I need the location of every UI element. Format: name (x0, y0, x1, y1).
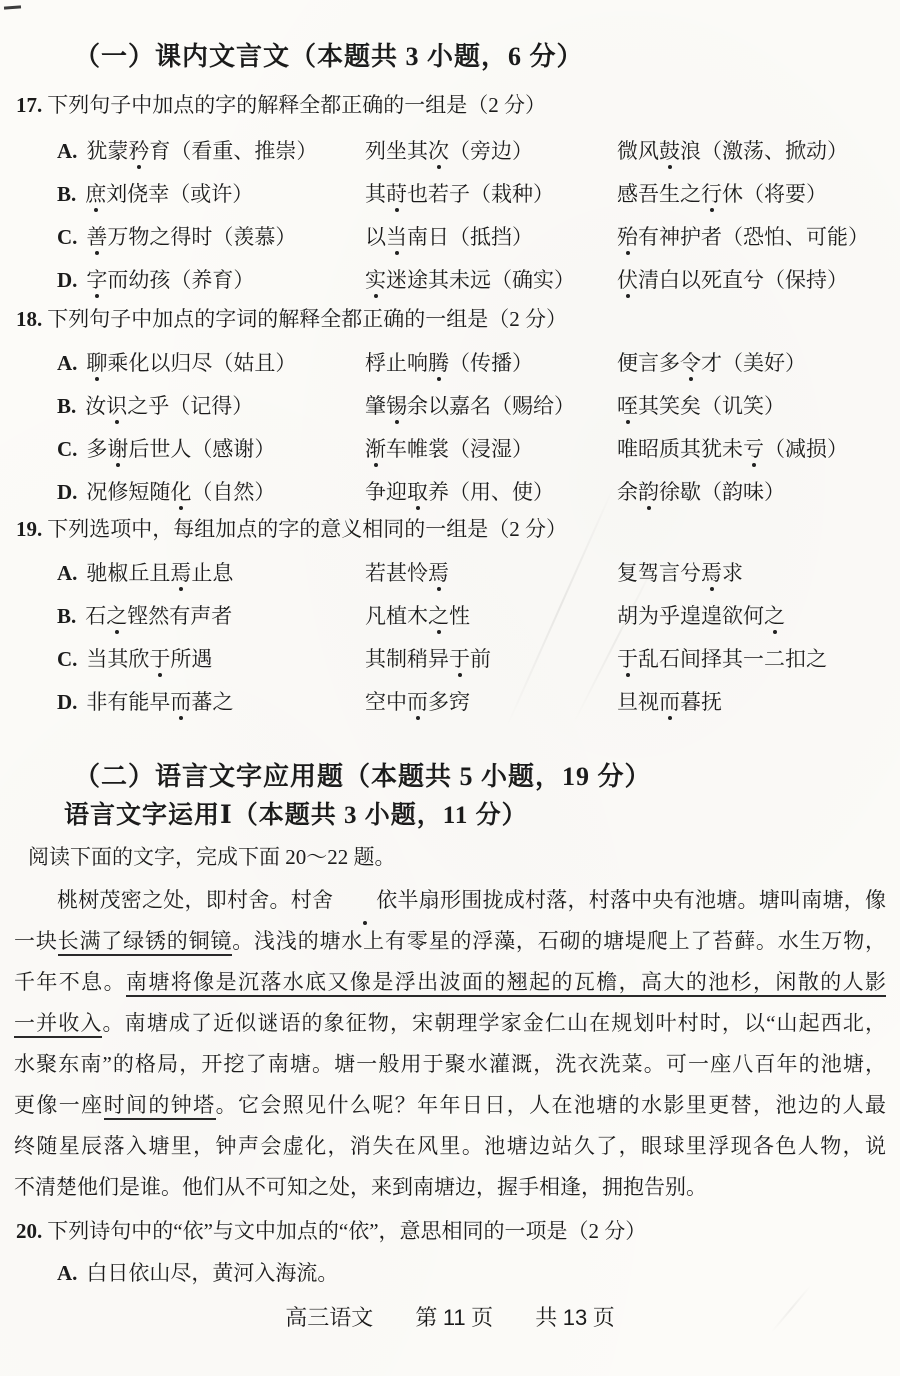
option-cell: 唯昭质其犹未亏（减损） (617, 433, 900, 463)
option-cell: C.善万物之得时（羡慕） (57, 221, 365, 251)
option-cell: 伏清白以死直兮（保持） (617, 264, 900, 294)
emphasis-dot-char: 殆 (617, 221, 638, 251)
option-cell: A.驰椒丘且焉止息 (57, 557, 365, 587)
section1-title: （一）课内文言文（本题共 3 小题，6 分） (74, 40, 900, 74)
option-cell: 余韵徐歇（韵味） (617, 476, 900, 506)
footer-total-prefix: 共 (535, 1305, 557, 1330)
option-row: A.驰椒丘且焉止息若甚怜焉复驾言兮焉求 (57, 550, 900, 593)
option-cell: 便言多令才（美好） (617, 347, 900, 377)
q19-stem-text: 下列选项中，每组加点的字的意义相同的一组是（2 分） (47, 517, 567, 541)
section2-subtitle: 语言文字运用Ⅰ（本题共 3 小题，11 分） (64, 800, 900, 832)
option-row: D.字而幼孩（养育）实迷途其未远（确实）伏清白以死直兮（保持） (57, 257, 900, 300)
option-cell: 凡植木之性 (365, 600, 617, 630)
underlined-text: 时间的钟塔 (104, 1093, 216, 1120)
q20-option-a: A.白日依山尽，黄河入海流。 (57, 1258, 900, 1288)
option-cell: 渐车帷裳（浸湿） (365, 433, 617, 463)
emphasis-dot-char: 善 (86, 221, 107, 251)
emphasis-dot-char: 腾 (428, 347, 449, 377)
emphasis-dot-char: 当 (386, 221, 407, 251)
emphasis-dot-char: 而 (659, 686, 680, 716)
option-row: D.况修短随化（自然）争迎取养（用、使）余韵徐歇（韵味） (57, 469, 900, 512)
passage-intro: 阅读下面的文字，完成下面 20～22 题。 (28, 842, 900, 872)
emphasis-dot-char: 亏 (743, 433, 764, 463)
option-cell: 微风鼓浪（激荡、掀动） (617, 135, 900, 165)
emphasis-dot-char: 咥 (617, 390, 638, 420)
passage-line: 水聚东南”的格局，开挖了南塘。塘一般用于聚水灌溉，洗衣洗菜。可一座八百年的池塘， (14, 1044, 886, 1085)
option-row: B.石之铿然有声者凡植木之性胡为乎遑遑欲何之 (57, 593, 900, 636)
emphasis-dot-char: 依 (333, 880, 397, 921)
option-cell: 桴止响腾（传播） (365, 347, 617, 377)
option-cell: 于乱石间择其一二扣之 (617, 643, 900, 673)
passage-line: 终随星辰落入塘里，钟声会虚化，消失在风里。池塘边站久了，眼球里浮现各色人物，说 (14, 1126, 886, 1167)
emphasis-dot-char: 鼓 (659, 135, 680, 165)
option-cell: 列坐其次（旁边） (365, 135, 617, 165)
footer-page-num: 11 (443, 1305, 466, 1330)
option-label: A. (57, 351, 77, 375)
option-label: C. (57, 647, 77, 671)
q17-number: 17. (16, 93, 42, 117)
emphasis-dot-char: 于 (149, 643, 170, 673)
emphasis-dot-char: 实 (365, 264, 386, 294)
emphasis-dot-char: 焉 (170, 557, 191, 587)
option-label: D. (57, 268, 77, 292)
emphasis-dot-char: 渐 (365, 433, 386, 463)
footer-total-num: 13 (563, 1305, 587, 1330)
q17-stem-text: 下列句子中加点的字的解释全都正确的一组是（2 分） (47, 93, 546, 117)
option-label: B. (57, 182, 76, 206)
option-cell: B.石之铿然有声者 (57, 600, 365, 630)
emphasis-dot-char: 令 (680, 347, 701, 377)
passage-line: 不清楚他们是谁。他们从不可知之处，来到南塘边，握手相逢，拥抱告别。 (14, 1167, 886, 1208)
option-row: C.多谢后世人（感谢）渐车帷裳（浸湿）唯昭质其犹未亏（减损） (57, 426, 900, 469)
footer-page-suffix: 页 (471, 1305, 493, 1330)
emphasis-dot-char: 矜 (128, 135, 149, 165)
q17-options: A.犹蒙矜育（看重、推崇）列坐其次（旁边）微风鼓浪（激荡、掀动）B.庶刘侥幸（或… (57, 128, 900, 300)
emphasis-dot-char: 焉 (428, 557, 449, 587)
emphasis-dot-char: 于 (449, 643, 470, 673)
option-cell: D.字而幼孩（养育） (57, 264, 365, 294)
emphasis-dot-char: 之 (428, 600, 449, 630)
q17-stem: 17.下列句子中加点的字的解释全都正确的一组是（2 分） (16, 90, 900, 120)
option-cell: B.汝识之乎（记得） (57, 390, 365, 420)
option-cell: 胡为乎遑遑欲何之 (617, 600, 900, 630)
option-row: B.汝识之乎（记得）肇锡余以嘉名（赐给）咥其笑矣（讥笑） (57, 383, 900, 426)
emphasis-dot-char: 焉 (701, 557, 722, 587)
underlined-text: 长满了绿锈的铜镜 (58, 929, 233, 956)
emphasis-dot-char: 化 (170, 476, 191, 506)
passage-line: 桃树茂密之处，即村舍。村舍依半扇形围拢成村落，村落中央有池塘。塘叫南塘，像 (14, 880, 886, 921)
emphasis-dot-char: 次 (428, 135, 449, 165)
option-cell: 实迷途其未远（确实） (365, 264, 617, 294)
option-label: A. (57, 139, 77, 163)
exam-page: （一）课内文言文（本题共 3 小题，6 分） 17.下列句子中加点的字的解释全都… (0, 0, 900, 1376)
option-cell: A.聊乘化以归尽（姑且） (57, 347, 365, 377)
option-row: C.当其欣于所遇其制稍异于前于乱石间择其一二扣之 (57, 636, 900, 679)
section2-title: （二）语言文字应用题（本题共 5 小题，19 分） (74, 760, 900, 794)
underlined-text: 一并收入 (14, 1011, 102, 1038)
emphasis-dot-char: 莳 (386, 178, 407, 208)
emphasis-dot-char: 识 (106, 390, 127, 420)
emphasis-dot-char: 庶 (85, 178, 106, 208)
passage-line: 千年不息。南塘将像是沉落水底又像是浮出波面的翘起的瓦檐，高大的池杉，闲散的人影 (14, 962, 886, 1003)
option-cell: 以当南日（抵挡） (365, 221, 617, 251)
option-label: B. (57, 394, 76, 418)
emphasis-dot-char: 而 (170, 686, 191, 716)
scan-dash-mark (4, 5, 21, 9)
option-label: C. (57, 437, 77, 461)
option-cell: 殆有神护者（恐怕、可能） (617, 221, 900, 251)
emphasis-dot-char: 谢 (107, 433, 128, 463)
option-label: C. (57, 225, 77, 249)
emphasis-dot-char: 而 (407, 686, 428, 716)
emphasis-dot-char: 韵 (638, 476, 659, 506)
passage-line: 一并收入。南塘成了近似谜语的象征物，宋朝理学家金仁山在规划叶村时，以“山起西北， (14, 1003, 886, 1044)
option-label: B. (57, 604, 76, 628)
q20-stem-text: 下列诗句中的“依”与文中加点的“依”，意思相同的一项是（2 分） (47, 1219, 646, 1243)
option-row: A.犹蒙矜育（看重、推崇）列坐其次（旁边）微风鼓浪（激荡、掀动） (57, 128, 900, 171)
q20-stem: 20.下列诗句中的“依”与文中加点的“依”，意思相同的一项是（2 分） (16, 1216, 900, 1246)
page-footer: 高三语文 第 11 页 共 13 页 (0, 1304, 900, 1332)
emphasis-dot-char: 锡 (386, 390, 407, 420)
emphasis-dot-char: 伏 (617, 264, 638, 294)
option-cell: 旦视而暮抚 (617, 686, 900, 716)
emphasis-dot-char: 字 (86, 264, 107, 294)
footer-course: 高三语文 (285, 1304, 373, 1332)
option-cell: D.况修短随化（自然） (57, 476, 365, 506)
passage-line: 更像一座时间的钟塔。它会照见什么呢？年年日日，人在池塘的水影里更替，池边的人最 (14, 1085, 886, 1126)
q19-options: A.驰椒丘且焉止息若甚怜焉复驾言兮焉求B.石之铿然有声者凡植木之性胡为乎遑遑欲何… (57, 550, 900, 722)
reading-passage: 桃树茂密之处，即村舍。村舍依半扇形围拢成村落，村落中央有池塘。塘叫南塘，像一块长… (14, 880, 886, 1208)
emphasis-dot-char: 于 (617, 643, 638, 673)
option-cell: 复驾言兮焉求 (617, 557, 900, 587)
option-row: B.庶刘侥幸（或许）其莳也若子（栽种）感吾生之行休（将要） (57, 171, 900, 214)
q18-number: 18. (16, 307, 42, 331)
emphasis-dot-char: 之 (106, 600, 127, 630)
option-cell: 肇锡余以嘉名（赐给） (365, 390, 617, 420)
option-cell: 争迎取养（用、使） (365, 476, 617, 506)
option-cell: A.犹蒙矜育（看重、推崇） (57, 135, 365, 165)
underlined-text: 南塘将像是沉落水底又像是浮出波面的翘起的瓦檐，高大的池杉，闲散的人影 (126, 970, 886, 997)
option-cell: C.当其欣于所遇 (57, 643, 365, 673)
emphasis-dot-char: 行 (701, 178, 722, 208)
option-cell: 咥其笑矣（讥笑） (617, 390, 900, 420)
footer-page-number: 第 11 页 (415, 1304, 493, 1332)
q18-stem-text: 下列句子中加点的字词的解释全都正确的一组是（2 分） (47, 307, 567, 331)
option-cell: 其莳也若子（栽种） (365, 178, 617, 208)
option-label: A. (57, 561, 77, 585)
q20-option-a-text: 白日依山尽，黄河入海流。 (86, 1261, 338, 1285)
option-row: C.善万物之得时（羡慕）以当南日（抵挡）殆有神护者（恐怕、可能） (57, 214, 900, 257)
q19-number: 19. (16, 517, 42, 541)
option-cell: 感吾生之行休（将要） (617, 178, 900, 208)
option-label: D. (57, 690, 77, 714)
option-cell: D.非有能早而蕃之 (57, 686, 365, 716)
q18-options: A.聊乘化以归尽（姑且）桴止响腾（传播）便言多令才（美好）B.汝识之乎（记得）肇… (57, 340, 900, 512)
emphasis-dot-char: 之 (764, 600, 785, 630)
emphasis-dot-char: 取 (407, 476, 428, 506)
emphasis-dot-char: 聊 (86, 347, 107, 377)
footer-page-prefix: 第 (415, 1305, 437, 1330)
option-label: D. (57, 480, 77, 504)
option-row: D.非有能早而蕃之空中而多窍旦视而暮抚 (57, 679, 900, 722)
footer-total-pages: 共 13 页 (535, 1304, 615, 1332)
option-row: A.聊乘化以归尽（姑且）桴止响腾（传播）便言多令才（美好） (57, 340, 900, 383)
option-cell: 其制稍异于前 (365, 643, 617, 673)
q20-option-a-label: A. (57, 1261, 77, 1285)
footer-total-suffix: 页 (593, 1305, 615, 1330)
q19-stem: 19.下列选项中，每组加点的字的意义相同的一组是（2 分） (16, 514, 900, 544)
q18-stem: 18.下列句子中加点的字词的解释全都正确的一组是（2 分） (16, 304, 900, 334)
option-cell: B.庶刘侥幸（或许） (57, 178, 365, 208)
option-cell: C.多谢后世人（感谢） (57, 433, 365, 463)
q20-number: 20. (16, 1219, 42, 1243)
passage-line: 一块长满了绿锈的铜镜。浅浅的塘水上有零星的浮藻，石砌的塘堤爬上了苔藓。水生万物， (14, 921, 886, 962)
